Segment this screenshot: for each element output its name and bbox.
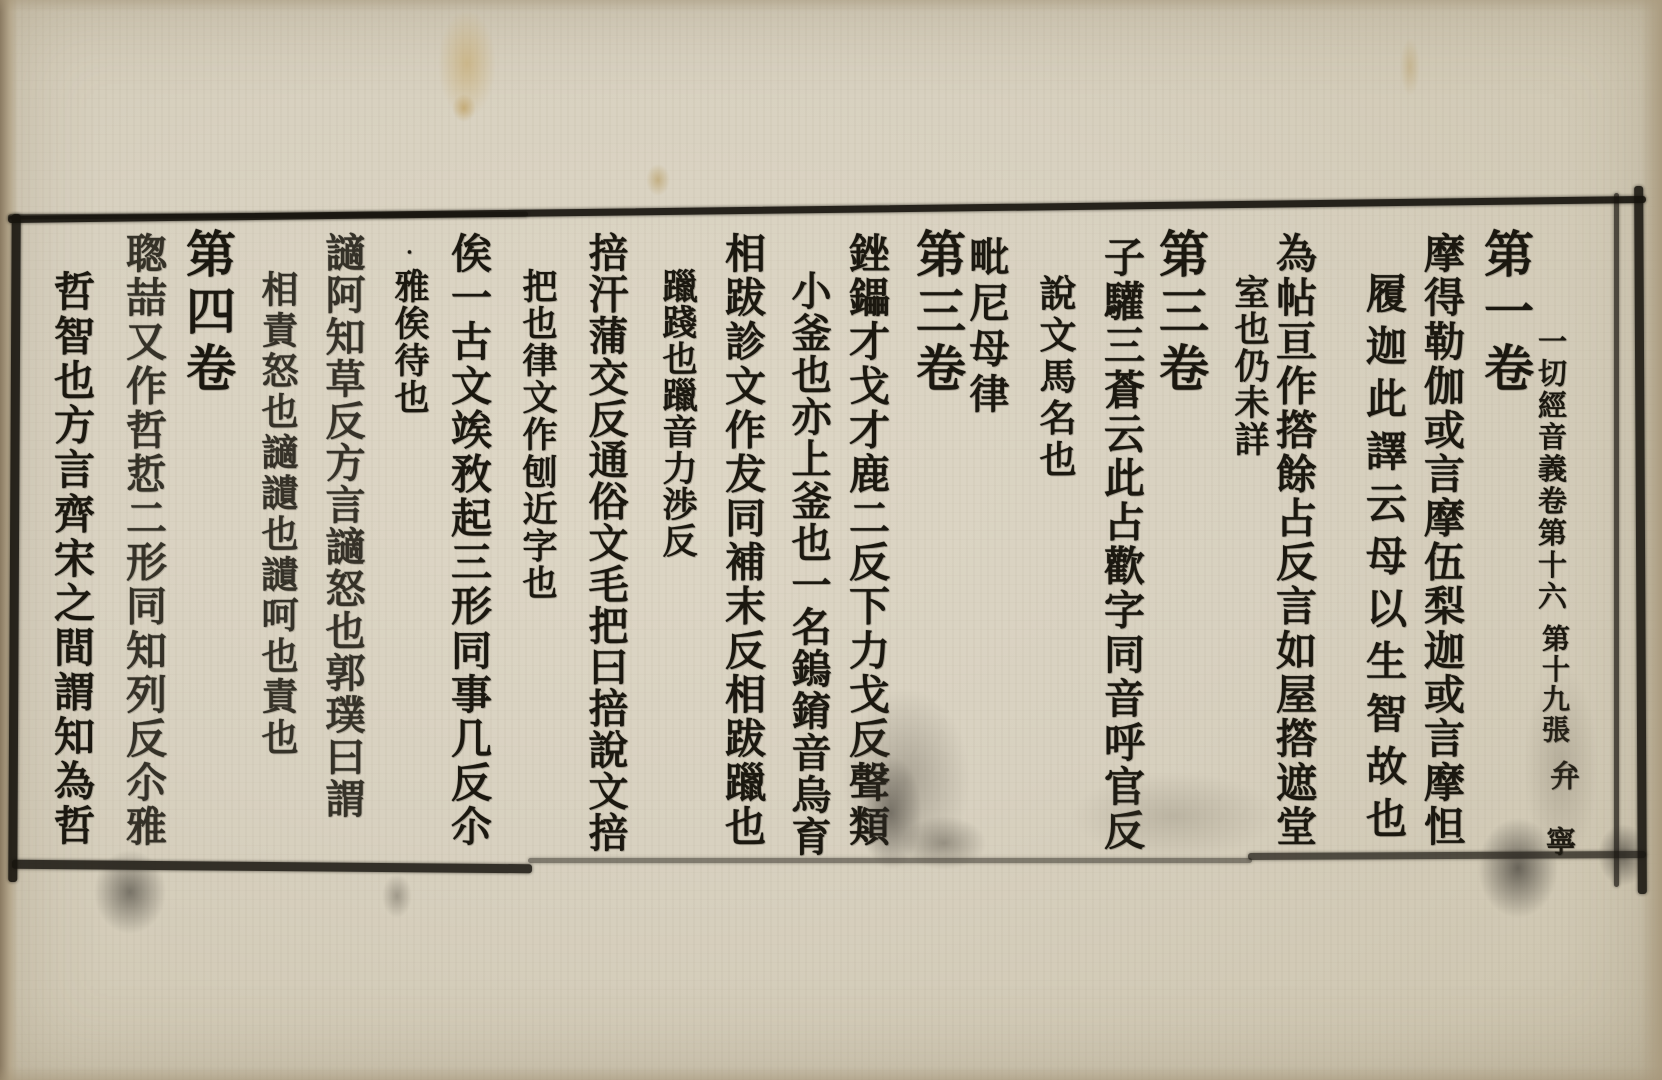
entry-liejian: 躐踐也躐音力渉反 [660,268,695,559]
entry-weitie: 為帖亘作撘餘占反言如屋撘遮堂 [1272,232,1313,849]
frame-border-left [8,214,20,882]
volume-3-heading-a: 第三卷 [1155,228,1205,399]
carver-mark-2: 寧 [1542,826,1572,856]
entry-siyi-cont: 雅俟待也 [392,268,427,416]
running-title: 一切經音義卷第十六 [1536,326,1565,613]
frame-border-top [8,196,1646,223]
entry-cuolei-cont: 小釜也亦上釜也一名鎢錥音烏育 [788,270,828,858]
reading-dot-mark: ・ [400,244,416,260]
frame-border-right-inner [1614,193,1619,887]
volume-1-heading: 第一卷 [1480,228,1530,399]
manuscript-page-scan: 一切經音義卷第十六 第十九張 弁 寧 第一卷 摩得勒伽或言摩伍梨迦或言摩怛 履迦… [0,0,1662,1080]
entry-xiangba: 相跋診文作犮同補末反相跋躐也 [721,232,762,849]
foxing-stain [646,164,670,196]
paper-edge-bottom [0,1066,1662,1080]
foxing-stain [1400,38,1420,96]
frame-border-bottom-middle [528,858,1252,863]
foxing-stain [452,94,476,122]
entry-zihuan-cont: 說文馬名也 [1036,274,1073,481]
entry-pouhan-cont: 把也律文作刨近字也 [520,268,555,602]
foxing-stain [438,10,496,118]
frame-border-bottom-right [1248,851,1646,860]
volume-3-heading-b: 第三卷 [912,228,962,399]
title-pinimu-lu: 毗尼母律 [966,236,1006,418]
carver-mark-1: 弁 [1546,760,1576,790]
entry-weitie-cont: 室也仍未詳 [1232,274,1267,458]
frame-border-bottom-left [12,860,532,874]
frame-border-right-outer [1634,186,1647,894]
entry-zhea: 讁阿知草反方言讁怒也郭璞曰謂 [322,232,362,820]
entry-zhea-cont: 相責怒也讁讉也讉呵也責也 [258,270,295,758]
entry-madeleqie: 摩得勒伽或言摩伍梨迦或言摩怛 [1420,232,1461,849]
entry-pouhan: 掊汗蒲交反通俗文毛把曰掊說文掊 [585,232,625,853]
volume-4-heading: 第四卷 [182,228,232,399]
entry-siyi: 俟一古文竢敄起三形同事几反尒 [447,232,488,849]
sheet-number: 第十九張 [1540,624,1568,745]
paper-edge-top [0,0,1662,12]
entry-congzhe-cont: 哲智也方言齊宋之間謂知為哲 [50,270,91,848]
entry-cuolei: 銼鑘才戈才鹿二反下力戈反聲類 [845,232,886,849]
ink-smudge [382,874,412,918]
entry-madeleqie-cont: 履迦此譯云母以生智故也 [1362,272,1403,849]
entry-congzhe: 聦喆又作哲悊二形同知列反尒雅 [122,232,163,849]
entry-zihuan: 子驩三蒼云此占歡字同音呼官反 [1100,236,1141,853]
